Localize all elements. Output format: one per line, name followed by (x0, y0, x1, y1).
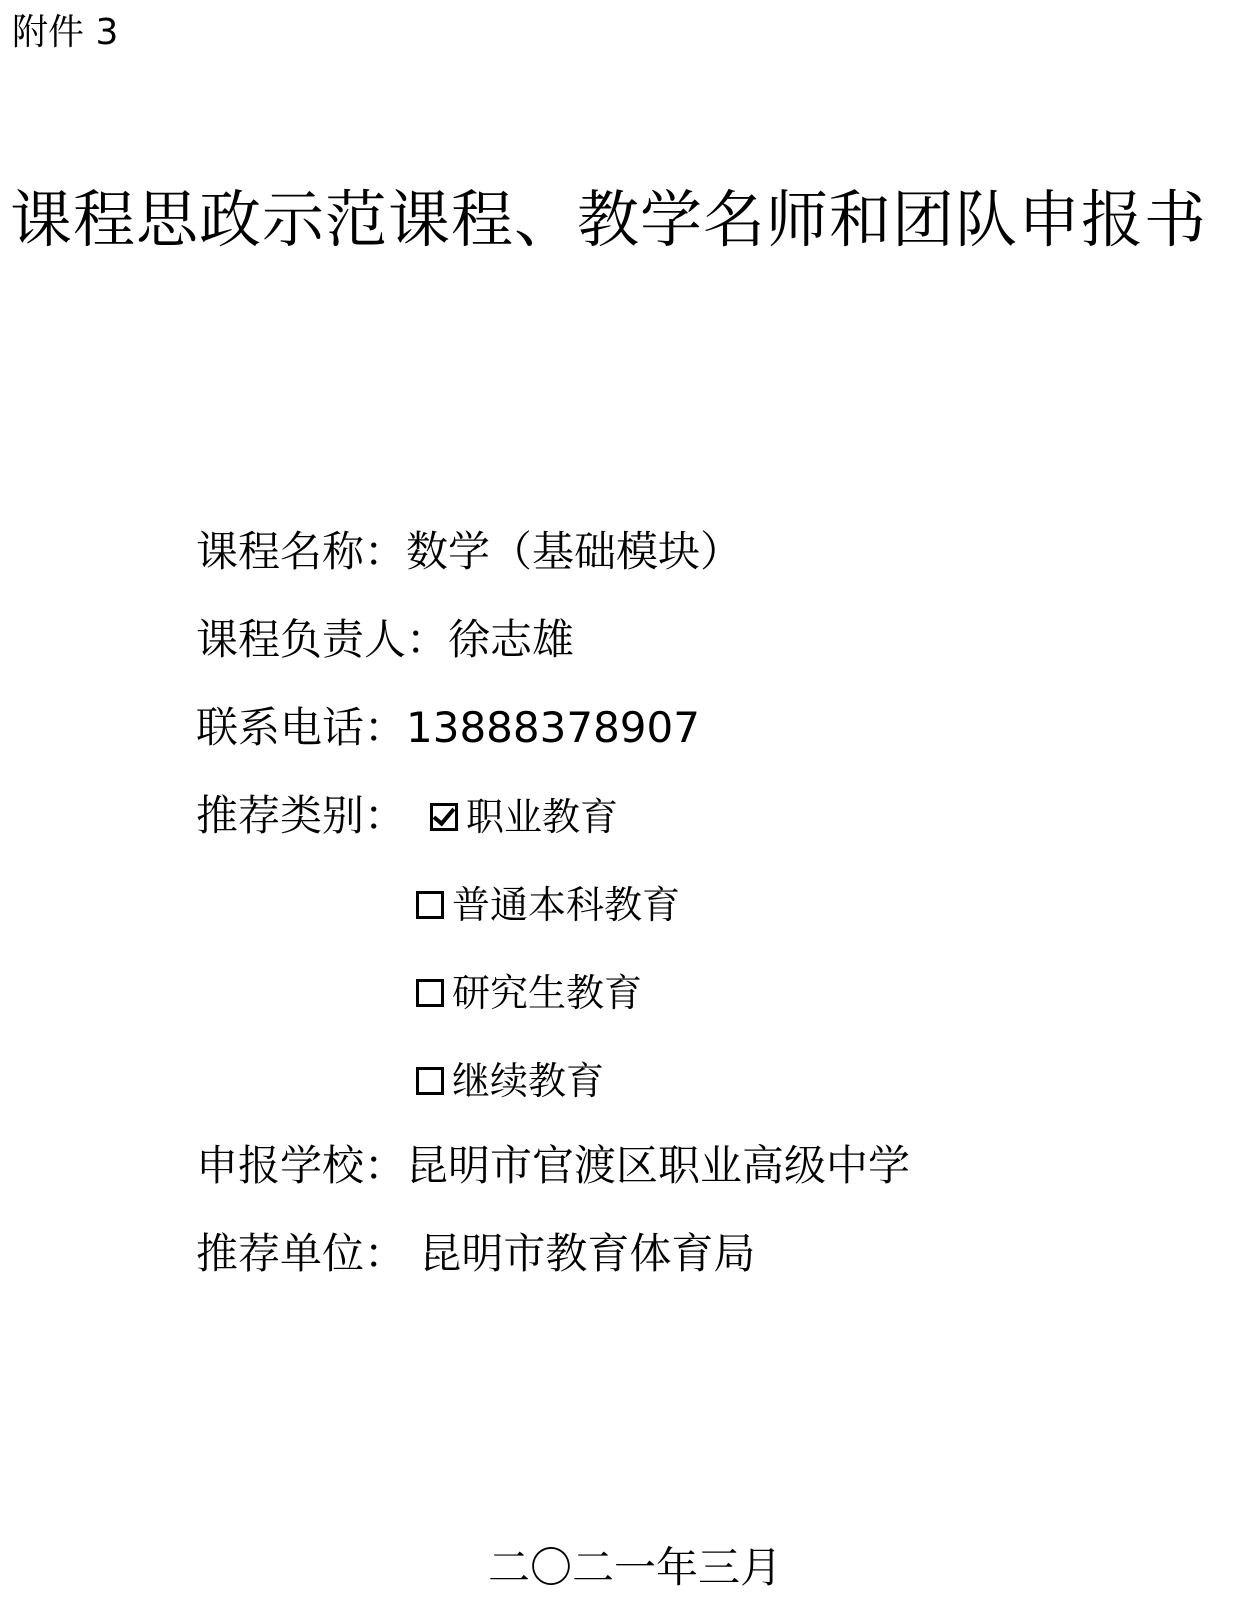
option-label: 研究生教育 (452, 968, 642, 1018)
empty-checkbox-icon[interactable] (416, 891, 444, 919)
page-title: 课程思政示范课程、教学名师和团队申报书 (10, 180, 1207, 260)
date-text: 二〇二一年三月 (488, 1540, 782, 1596)
category-option-vocational[interactable]: 职业教育 (430, 792, 618, 842)
attachment-label: 附件 3 (12, 8, 118, 58)
category-option-undergraduate[interactable]: 普通本科教育 (416, 880, 680, 930)
school-row: 申报学校：昆明市官渡区职业高级中学 (196, 1138, 910, 1194)
course-name-label: 课程名称： (196, 527, 406, 576)
category-option-graduate[interactable]: 研究生教育 (416, 968, 642, 1018)
category-option-continuing[interactable]: 继续教育 (416, 1056, 604, 1106)
category-label: 推荐类别： (196, 788, 406, 844)
option-label: 继续教育 (452, 1056, 604, 1106)
course-name-value: 数学（基础模块） (406, 527, 742, 576)
phone-row: 联系电话：13888378907 (196, 700, 700, 756)
course-lead-row: 课程负责人：徐志雄 (196, 612, 574, 668)
school-label: 申报学校： (196, 1141, 406, 1190)
course-lead-value: 徐志雄 (448, 615, 574, 664)
recommender-row: 推荐单位： 昆明市教育体育局 (196, 1226, 755, 1282)
school-value: 昆明市官渡区职业高级中学 (406, 1141, 910, 1190)
course-name-row: 课程名称：数学（基础模块） (196, 524, 742, 580)
option-label: 职业教育 (466, 792, 618, 842)
empty-checkbox-icon[interactable] (416, 979, 444, 1007)
phone-value: 13888378907 (406, 703, 700, 752)
phone-label: 联系电话： (196, 703, 406, 752)
option-label: 普通本科教育 (452, 880, 680, 930)
course-lead-label: 课程负责人： (196, 615, 448, 664)
recommender-label: 推荐单位： (196, 1229, 406, 1278)
recommender-value: 昆明市教育体育局 (406, 1229, 755, 1278)
checked-checkbox-icon[interactable] (430, 803, 458, 831)
empty-checkbox-icon[interactable] (416, 1067, 444, 1095)
